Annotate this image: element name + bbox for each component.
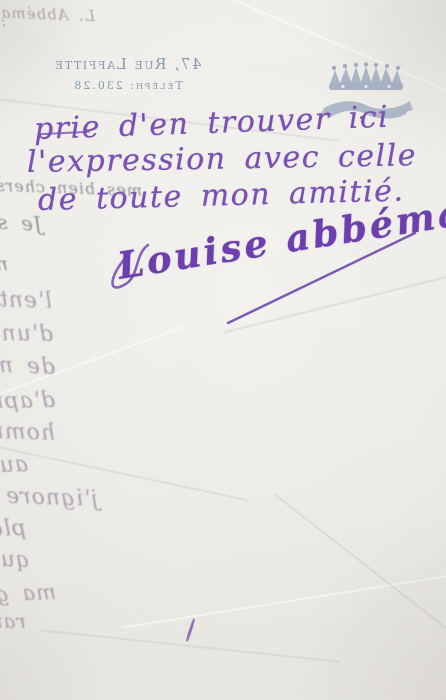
bleedthrough-line: d'après chansons en dix xyxy=(0,388,55,418)
letterhead-phone: Téléph: 230.28 xyxy=(50,79,205,92)
letterhead: 47, Rue Laffitte Téléph: 230.28 xyxy=(50,55,205,92)
bleedthrough-line: j'ignore à peu le xyxy=(0,480,98,512)
bleedthrough-line: hommes que si j'espère xyxy=(0,411,55,446)
pencil-annotation: L. Abbéma — peintre — à Bailby xyxy=(0,0,95,25)
bleedthrough-line: ma gratitude via la xyxy=(0,580,56,612)
letterhead-address: 47, Rue Laffitte xyxy=(50,55,205,73)
bleedthrough-line: plébiscité des hommes, mais xyxy=(0,516,26,547)
bleedthrough-line: notre ami nous a adressé xyxy=(0,253,8,280)
bleedthrough-line: raison de je vous prie xyxy=(0,604,26,633)
crease-line xyxy=(122,573,446,628)
crease-line xyxy=(273,492,446,629)
ink-blot xyxy=(185,618,195,642)
bleedthrough-line: l'enthousiasme jointe de a xyxy=(0,277,52,314)
bleedthrough-line: d'une admiration au chef xyxy=(0,316,53,347)
bleedthrough-line: de ma longue besogne de xyxy=(0,344,55,380)
letter-scan: :. L. Abbéma — peintre — à Bailby 47, Ru… xyxy=(0,0,446,700)
bleedthrough-line: quelques soit l'inconstant xyxy=(0,537,30,573)
crease-line xyxy=(224,269,446,334)
bleedthrough-line: Je suis profondément xyxy=(0,199,43,236)
